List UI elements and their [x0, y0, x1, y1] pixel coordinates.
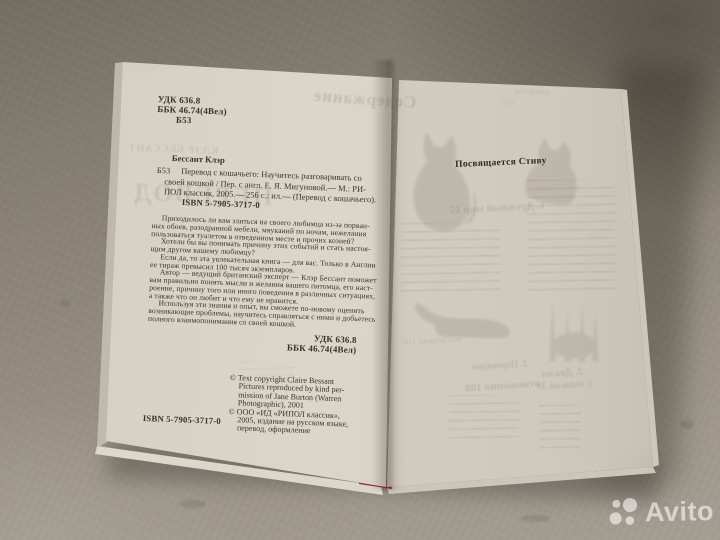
left-page-content: КЛЭР БЕССАНТ ПЕРЕВОД УДК 636.8 ББК 46.74…	[123, 62, 393, 487]
avito-watermark: Avito	[608, 495, 715, 529]
bleedthrough-text-smudge	[449, 395, 519, 439]
surface-speck	[680, 420, 694, 429]
bleedthrough-fragment: отношения 108	[465, 377, 540, 394]
copyright-block: © Text copyright Claire Bessant Pictures…	[228, 374, 350, 437]
catalog-header-block: УДК 636.8 ББК 46.74(4Вел) Б53	[157, 94, 228, 127]
annotation-block: Приходилось ли вам злиться на своего люб…	[148, 214, 379, 331]
catalog-footer-block: УДК 636.8 ББК 46.74(4Вел)	[250, 331, 357, 356]
bleedthrough-fragment: 2. Переводим	[471, 359, 529, 374]
bleedthrough-fragment: воспитании 158	[404, 335, 462, 348]
cat-in-plants-silhouette-icon	[541, 288, 607, 366]
right-page-content: Содержание 1. Проблемы поведения 180 1. …	[399, 80, 651, 487]
surface-speck	[180, 500, 206, 508]
cat-silhouette-icon	[404, 116, 482, 238]
bleedthrough-line: 180	[503, 99, 515, 109]
isbn-footer: ISBN 5-7905-3717-0	[143, 414, 221, 427]
bleedthrough-line: поведения	[515, 87, 551, 98]
avito-watermark-label: Avito	[645, 498, 714, 526]
avito-logo-icon	[608, 496, 641, 529]
surface-speck	[60, 300, 70, 306]
author-name: Бессант Клэр	[172, 154, 225, 166]
surface-speck	[520, 515, 550, 522]
book-photo-scene: КЛЭР БЕССАНТ ПЕРЕВОД УДК 636.8 ББК 46.74…	[0, 0, 720, 540]
bleedthrough-fragment: с кошкой 39	[537, 378, 593, 393]
bleedthrough-text-smudge	[539, 405, 581, 455]
catalog-card-code: Б53	[157, 165, 171, 176]
bleedthrough-text-smudge	[527, 180, 615, 295]
bleedthrough-text-smudge	[401, 223, 501, 295]
